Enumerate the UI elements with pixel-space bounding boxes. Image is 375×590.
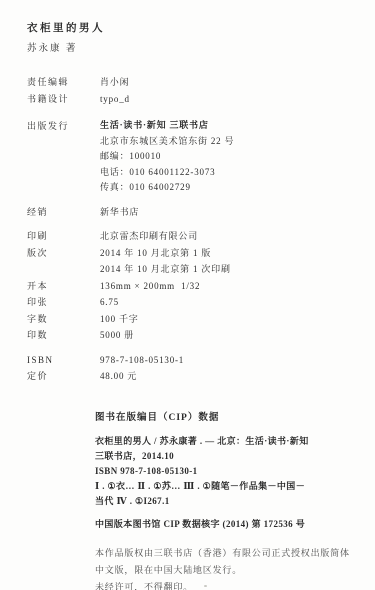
- publisher-name: 生活·读书·新知 三联书店: [100, 118, 234, 134]
- isbn-row: ISBN 978-7-108-05130-1: [27, 352, 355, 369]
- publishing-details: 生活·读书·新知 三联书店 北京市东城区美术馆东街 22 号 邮编：100010…: [100, 118, 234, 196]
- scan-artifact: [204, 585, 207, 587]
- price-value: 48.00 元: [100, 368, 137, 385]
- credit-row-editor: 责任编辑 肖小闲: [27, 74, 355, 91]
- rights-line: 未经许可，不得翻印。: [95, 579, 355, 590]
- cip-line: 当代 Ⅳ . ①I267.1: [95, 494, 355, 509]
- cip-section: 图书在版编目（CIP）数据 衣柜里的男人 / 苏永康著 . — 北京：生活·读书…: [95, 411, 355, 532]
- detail-row-printing: 2014 年 10 月北京第 1 次印刷: [27, 261, 355, 278]
- credit-value: 肖小闲: [100, 74, 129, 91]
- publisher-postcode: 邮编：100010: [100, 149, 234, 165]
- publisher-address: 北京市东城区美术馆东街 22 号: [100, 134, 234, 150]
- isbn-label: ISBN: [27, 352, 100, 369]
- cip-line: 衣柜里的男人 / 苏永康著 . — 北京：生活·读书·新知: [95, 434, 355, 449]
- credit-value: typo_d: [100, 91, 130, 108]
- detail-row-wordcount: 字数 100 千字: [27, 311, 355, 328]
- detail-row-edition: 版次 2014 年 10 月北京第 1 版: [27, 245, 355, 262]
- price-row: 定价 48.00 元: [27, 368, 355, 385]
- price-label: 定价: [27, 368, 100, 385]
- publisher-phone: 电话：010 64001122-3073: [100, 165, 234, 181]
- book-title: 衣柜里的男人: [27, 22, 355, 36]
- rights-line: 中文版，限在中国大陆地区发行。: [95, 562, 355, 579]
- rights-notice: 本作品版权由三联书店（香港）有限公司正式授权出版简体 中文版，限在中国大陆地区发…: [95, 545, 355, 590]
- cip-line: Ⅰ . ①衣… Ⅱ . ①苏… Ⅲ . ①随笔－作品集－中国－: [95, 479, 355, 494]
- cip-body: 衣柜里的男人 / 苏永康著 . — 北京：生活·读书·新知 三联书店，2014.…: [95, 434, 355, 509]
- isbn-value: 978-7-108-05130-1: [100, 352, 184, 369]
- credit-label: 责任编辑: [27, 74, 100, 91]
- detail-row-sheets: 印张 6.75: [27, 294, 355, 311]
- publisher-fax: 传真：010 64002729: [100, 180, 234, 196]
- detail-row-distributor: 经销 新华书店: [27, 204, 355, 221]
- cip-line: ISBN 978-7-108-05130-1: [95, 464, 355, 479]
- publishing-label: 出版发行: [27, 118, 100, 135]
- cip-heading: 图书在版编目（CIP）数据: [95, 411, 355, 425]
- cip-line: 三联书店，2014.10: [95, 449, 355, 464]
- detail-row-copies: 印数 5000 册: [27, 327, 355, 344]
- cip-record-number: 中国版本图书馆 CIP 数据核字 (2014) 第 172536 号: [95, 517, 355, 532]
- detail-row-printer: 印刷 北京雷杰印刷有限公司: [27, 228, 355, 245]
- credit-label: 书籍设计: [27, 91, 100, 108]
- detail-row-format: 开本 136mm × 200mm 1/32: [27, 278, 355, 295]
- credit-row-design: 书籍设计 typo_d: [27, 91, 355, 108]
- book-author: 苏永康 著: [27, 42, 355, 56]
- colophon-page: 衣柜里的男人 苏永康 著 责任编辑 肖小闲 书籍设计 typo_d 出版发行 生…: [0, 0, 375, 590]
- rights-line: 本作品版权由三联书店（香港）有限公司正式授权出版简体: [95, 545, 355, 562]
- publishing-row: 出版发行 生活·读书·新知 三联书店 北京市东城区美术馆东街 22 号 邮编：1…: [27, 118, 355, 196]
